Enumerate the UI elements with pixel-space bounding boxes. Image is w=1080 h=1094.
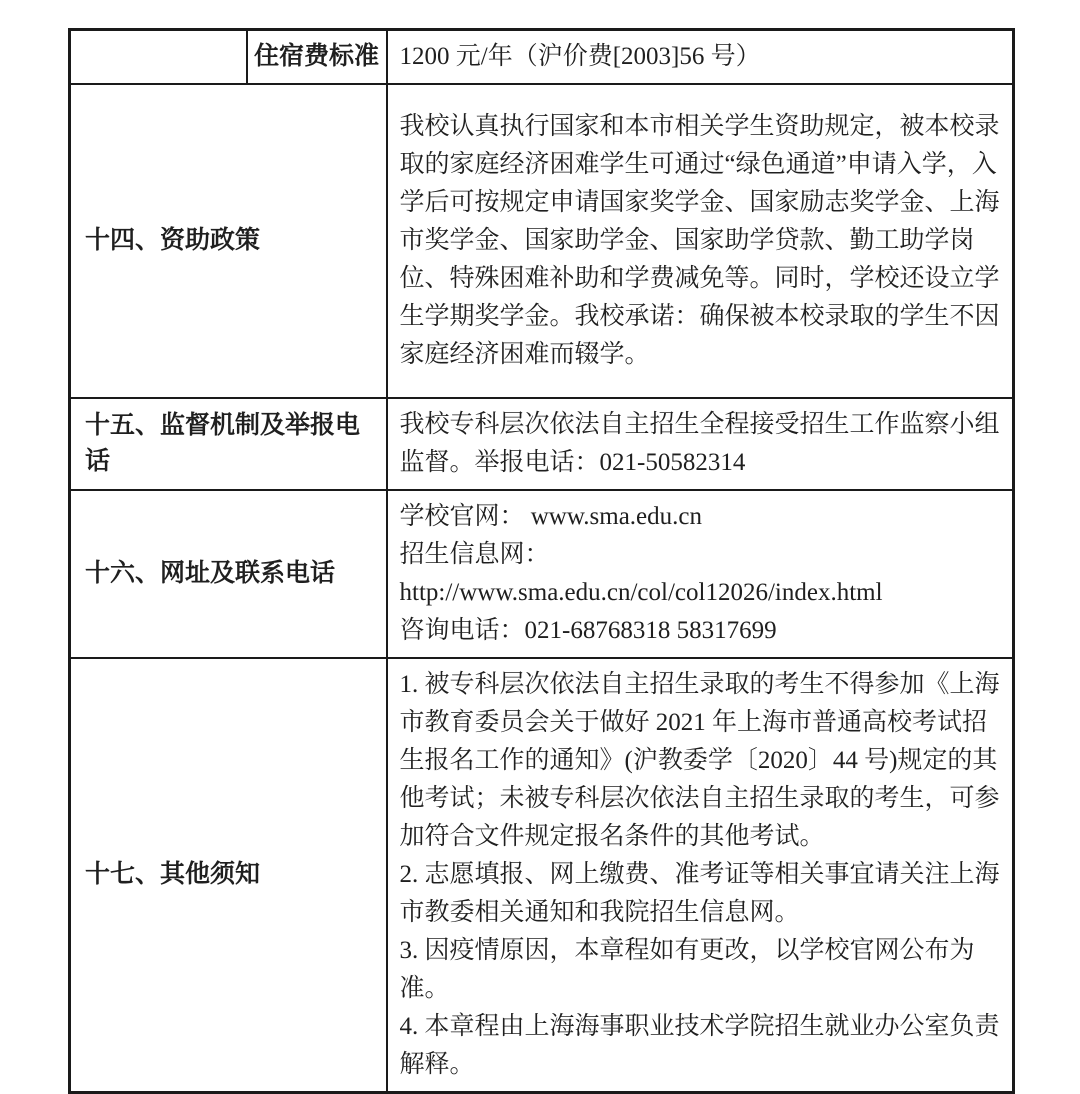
row-content: 1200 元/年（沪价费[2003]56 号）: [387, 30, 1014, 85]
table-body: 住宿费标准1200 元/年（沪价费[2003]56 号）十四、资助政策我校认真执…: [70, 30, 1014, 1093]
row-content: 我校专科层次依法自主招生全程接受招生工作监察小组监督。举报电话：021-5058…: [387, 398, 1014, 490]
row-content: 我校认真执行国家和本市相关学生资助规定，被本校录取的家庭经济困难学生可通过“绿色…: [387, 84, 1014, 398]
table-row: 十五、监督机制及举报电话我校专科层次依法自主招生全程接受招生工作监察小组监督。举…: [70, 398, 1014, 490]
row-label: 十七、其他须知: [70, 658, 387, 1093]
table-row: 十四、资助政策我校认真执行国家和本市相关学生资助规定，被本校录取的家庭经济困难学…: [70, 84, 1014, 398]
row-sub-label: 住宿费标准: [247, 30, 387, 85]
document-page: 住宿费标准1200 元/年（沪价费[2003]56 号）十四、资助政策我校认真执…: [0, 0, 1080, 1038]
content-line: 1200 元/年（沪价费[2003]56 号）: [400, 38, 1009, 76]
content-line: 学校官网： www.sma.edu.cn: [400, 498, 1009, 536]
content-line: 3. 因疫情原因，本章程如有更改，以学校官网公布为准。: [400, 932, 1009, 1008]
content-line: 2. 志愿填报、网上缴费、准考证等相关事宜请关注上海市教委相关通知和我院招生信息…: [400, 856, 1009, 932]
row-content: 学校官网： www.sma.edu.cn招生信息网：http://www.sma…: [387, 490, 1014, 658]
row-label: 十五、监督机制及举报电话: [70, 398, 387, 490]
content-line: 1. 被专科层次依法自主招生录取的考生不得参加《上海市教育委员会关于做好 202…: [400, 666, 1009, 856]
content-line: http://www.sma.edu.cn/col/col12026/index…: [400, 574, 1009, 612]
row-label: 十四、资助政策: [70, 84, 387, 398]
table-row: 住宿费标准1200 元/年（沪价费[2003]56 号）: [70, 30, 1014, 85]
table-row: 十六、网址及联系电话学校官网： www.sma.edu.cn招生信息网：http…: [70, 490, 1014, 658]
content-line: 我校专科层次依法自主招生全程接受招生工作监察小组监督。举报电话：021-5058…: [400, 406, 1009, 482]
content-line: 我校认真执行国家和本市相关学生资助规定，被本校录取的家庭经济困难学生可通过“绿色…: [400, 108, 1009, 374]
content-line: 咨询电话：021-68768318 58317699: [400, 612, 1009, 650]
row-content: 1. 被专科层次依法自主招生录取的考生不得参加《上海市教育委员会关于做好 202…: [387, 658, 1014, 1093]
table-row: 十七、其他须知1. 被专科层次依法自主招生录取的考生不得参加《上海市教育委员会关…: [70, 658, 1014, 1093]
content-line: 招生信息网：: [400, 536, 1009, 574]
row-label: 十六、网址及联系电话: [70, 490, 387, 658]
admission-info-table: 住宿费标准1200 元/年（沪价费[2003]56 号）十四、资助政策我校认真执…: [68, 28, 1015, 1094]
content-line: 4. 本章程由上海海事职业技术学院招生就业办公室负责解释。: [400, 1008, 1009, 1084]
row-spacer-cell: [70, 30, 247, 85]
